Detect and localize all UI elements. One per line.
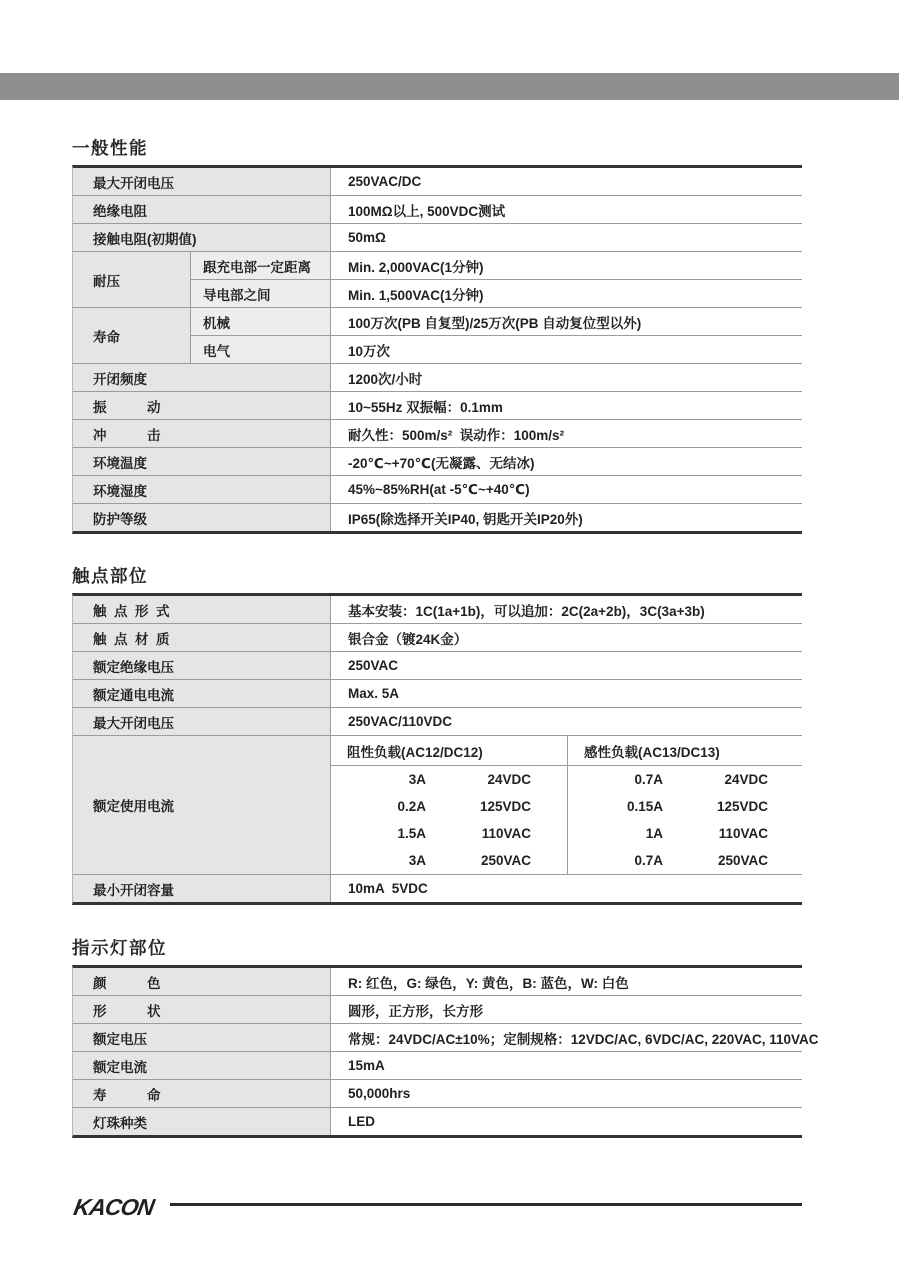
load-voltage: 110VAC	[426, 826, 531, 841]
row-value: IP65(除选择开关IP40, 钥匙开关IP20外)	[331, 504, 802, 531]
spec-row: 环境湿度45%~85%RH(at -5℃~+40℃)	[73, 476, 802, 504]
load-voltage: 250VAC	[663, 853, 768, 868]
load-inductive-cell: 1A110VAC	[568, 820, 802, 847]
load-voltage: 24VDC	[426, 772, 531, 787]
row-value: 1200次/小时	[331, 364, 802, 391]
row-value: 50mΩ	[331, 224, 802, 251]
spec-row: 耐压跟充电部一定距离Min. 2,000VAC(1分钟)导电部之间Min. 1,…	[73, 252, 802, 308]
load-current: 0.7A	[568, 772, 663, 787]
row-value: 银合金（镀24K金）	[331, 624, 802, 651]
spec-row: 触 点 材 质银合金（镀24K金）	[73, 624, 802, 652]
row-value: 100万次(PB 自复型)/25万次(PB 自动复位型以外)	[331, 308, 802, 335]
spec-row: 额定绝缘电压250VAC	[73, 652, 802, 680]
load-value-row: 3A250VAC0.7A250VAC	[331, 847, 802, 874]
row-value: 常规：24VDC/AC±10%；定制规格：12VDC/AC, 6VDC/AC, …	[331, 1024, 819, 1051]
load-value-row: 3A24VDC0.7A24VDC	[331, 766, 802, 793]
row-value: -20℃~+70℃(无凝露、无结冰)	[331, 448, 802, 475]
spec-row: 最大开闭电压250VAC/110VDC	[73, 708, 802, 736]
load-voltage: 110VAC	[663, 826, 768, 841]
spec-row: 颜 色R: 红色，G: 绿色，Y: 黄色，B: 蓝色，W: 白色	[73, 968, 802, 996]
load-current: 1A	[568, 826, 663, 841]
spec-row: 绝缘电阻100MΩ以上, 500VDC测试	[73, 196, 802, 224]
load-resistive-cell: 3A250VAC	[331, 847, 568, 874]
row-value: 10万次	[331, 336, 802, 363]
section-title-contact: 触点部位	[72, 563, 148, 588]
row-label: 最小开闭容量	[73, 875, 331, 902]
row-value: 10mA 5VDC	[331, 875, 802, 902]
load-current: 0.2A	[331, 799, 426, 814]
row-group-label: 额定使用电流	[73, 736, 331, 874]
spec-row: 触 点 形 式基本安装：1C(1a+1b)，可以追加：2C(2a+2b)，3C(…	[73, 596, 802, 624]
datasheet-page: 一般性能 最大开闭电压250VAC/DC绝缘电阻100MΩ以上, 500VDC测…	[0, 0, 899, 1264]
row-label: 颜 色	[73, 968, 331, 995]
section-title-indicator: 指示灯部位	[72, 935, 167, 960]
spec-subrow: 电气10万次	[191, 336, 802, 363]
row-label: 额定电流	[73, 1052, 331, 1079]
row-label: 接触电阻(初期值)	[73, 224, 331, 251]
load-resistive-cell: 3A24VDC	[331, 766, 568, 793]
row-value: 50,000hrs	[331, 1080, 802, 1107]
load-current: 1.5A	[331, 826, 426, 841]
spec-row: 寿命机械100万次(PB 自复型)/25万次(PB 自动复位型以外)电气10万次	[73, 308, 802, 364]
row-sublabel: 电气	[191, 336, 331, 363]
spec-row: 形 状圆形，正方形，长方形	[73, 996, 802, 1024]
load-current: 0.7A	[568, 853, 663, 868]
spec-row: 额定电流15mA	[73, 1052, 802, 1080]
load-resistive-cell: 0.2A125VDC	[331, 793, 568, 820]
row-value: 15mA	[331, 1052, 802, 1079]
spec-subrow: 跟充电部一定距离Min. 2,000VAC(1分钟)	[191, 252, 802, 280]
load-voltage: 24VDC	[663, 772, 768, 787]
row-value: Min. 2,000VAC(1分钟)	[331, 252, 802, 279]
spec-subrow: 导电部之间Min. 1,500VAC(1分钟)	[191, 280, 802, 307]
contact-section-table: 触 点 形 式基本安装：1C(1a+1b)，可以追加：2C(2a+2b)，3C(…	[72, 593, 802, 905]
row-subgroup: 跟充电部一定距离Min. 2,000VAC(1分钟)导电部之间Min. 1,50…	[191, 252, 802, 307]
row-label: 最大开闭电压	[73, 168, 331, 195]
row-label: 环境温度	[73, 448, 331, 475]
row-label: 触 点 材 质	[73, 624, 331, 651]
load-current: 3A	[331, 772, 426, 787]
row-value: Max. 5A	[331, 680, 802, 707]
row-label: 开闭频度	[73, 364, 331, 391]
row-value: 基本安装：1C(1a+1b)，可以追加：2C(2a+2b)，3C(3a+3b)	[331, 596, 802, 623]
spec-subrow: 机械100万次(PB 自复型)/25万次(PB 自动复位型以外)	[191, 308, 802, 336]
row-label: 灯珠种类	[73, 1108, 331, 1135]
spec-row: 冲 击耐久性：500m/s² 误动作：100m/s²	[73, 420, 802, 448]
spec-row: 防护等级IP65(除选择开关IP40, 钥匙开关IP20外)	[73, 504, 802, 531]
row-group-label: 耐压	[73, 252, 191, 307]
row-value: 45%~85%RH(at -5℃~+40℃)	[331, 476, 802, 503]
row-value: LED	[331, 1108, 802, 1135]
spec-row: 最小开闭容量10mA 5VDC	[73, 875, 802, 902]
row-label: 防护等级	[73, 504, 331, 531]
row-value: 100MΩ以上, 500VDC测试	[331, 196, 802, 223]
spec-row: 额定使用电流阻性负载(AC12/DC12)感性负载(AC13/DC13)3A24…	[73, 736, 802, 875]
load-value-row: 1.5A110VAC1A110VAC	[331, 820, 802, 847]
spec-row: 接触电阻(初期值)50mΩ	[73, 224, 802, 252]
load-rating-subtable: 阻性负载(AC12/DC12)感性负载(AC13/DC13)3A24VDC0.7…	[331, 736, 802, 874]
row-value: 圆形，正方形，长方形	[331, 996, 802, 1023]
spec-row: 振 动10~55Hz 双振幅：0.1mm	[73, 392, 802, 420]
spec-row: 额定通电电流Max. 5A	[73, 680, 802, 708]
row-label: 最大开闭电压	[73, 708, 331, 735]
row-group-label: 寿命	[73, 308, 191, 363]
row-label: 触 点 形 式	[73, 596, 331, 623]
row-sublabel: 导电部之间	[191, 280, 331, 307]
row-sublabel: 跟充电部一定距离	[191, 252, 331, 279]
load-current: 3A	[331, 853, 426, 868]
indicator-lamp-table: 颜 色R: 红色，G: 绿色，Y: 黄色，B: 蓝色，W: 白色形 状圆形，正方…	[72, 965, 802, 1138]
spec-row: 环境温度-20℃~+70℃(无凝露、无结冰)	[73, 448, 802, 476]
spec-row: 开闭频度1200次/小时	[73, 364, 802, 392]
load-current: 0.15A	[568, 799, 663, 814]
row-label: 额定电压	[73, 1024, 331, 1051]
row-value: R: 红色，G: 绿色，Y: 黄色，B: 蓝色，W: 白色	[331, 968, 802, 995]
load-column-header: 阻性负载(AC12/DC12)	[331, 736, 568, 765]
load-header-row: 阻性负载(AC12/DC12)感性负载(AC13/DC13)	[331, 736, 802, 766]
row-value: 10~55Hz 双振幅：0.1mm	[331, 392, 802, 419]
footer-rule	[170, 1203, 802, 1206]
row-value: 250VAC/DC	[331, 168, 802, 195]
load-voltage: 250VAC	[426, 853, 531, 868]
row-label: 额定通电电流	[73, 680, 331, 707]
row-label: 额定绝缘电压	[73, 652, 331, 679]
row-label: 环境湿度	[73, 476, 331, 503]
load-inductive-cell: 0.15A125VDC	[568, 793, 802, 820]
general-performance-table: 最大开闭电压250VAC/DC绝缘电阻100MΩ以上, 500VDC测试接触电阻…	[72, 165, 802, 534]
row-value: 250VAC	[331, 652, 802, 679]
row-value: Min. 1,500VAC(1分钟)	[331, 280, 802, 307]
load-voltage: 125VDC	[663, 799, 768, 814]
row-label: 绝缘电阻	[73, 196, 331, 223]
row-label: 冲 击	[73, 420, 331, 447]
spec-row: 寿 命50,000hrs	[73, 1080, 802, 1108]
row-value: 耐久性：500m/s² 误动作：100m/s²	[331, 420, 802, 447]
row-sublabel: 机械	[191, 308, 331, 335]
load-value-row: 0.2A125VDC0.15A125VDC	[331, 793, 802, 820]
load-inductive-cell: 0.7A24VDC	[568, 766, 802, 793]
load-inductive-cell: 0.7A250VAC	[568, 847, 802, 874]
load-column-header: 感性负载(AC13/DC13)	[568, 736, 802, 765]
row-label: 振 动	[73, 392, 331, 419]
row-label: 形 状	[73, 996, 331, 1023]
spec-row: 灯珠种类LED	[73, 1108, 802, 1135]
spec-row: 最大开闭电压250VAC/DC	[73, 168, 802, 196]
section-title-general: 一般性能	[72, 135, 148, 160]
spec-row: 额定电压常规：24VDC/AC±10%；定制规格：12VDC/AC, 6VDC/…	[73, 1024, 802, 1052]
load-voltage: 125VDC	[426, 799, 531, 814]
load-resistive-cell: 1.5A110VAC	[331, 820, 568, 847]
row-value: 250VAC/110VDC	[331, 708, 802, 735]
kacon-logo: KACON	[72, 1194, 156, 1221]
row-subgroup: 机械100万次(PB 自复型)/25万次(PB 自动复位型以外)电气10万次	[191, 308, 802, 363]
row-label: 寿 命	[73, 1080, 331, 1107]
top-gray-banner	[0, 73, 899, 100]
